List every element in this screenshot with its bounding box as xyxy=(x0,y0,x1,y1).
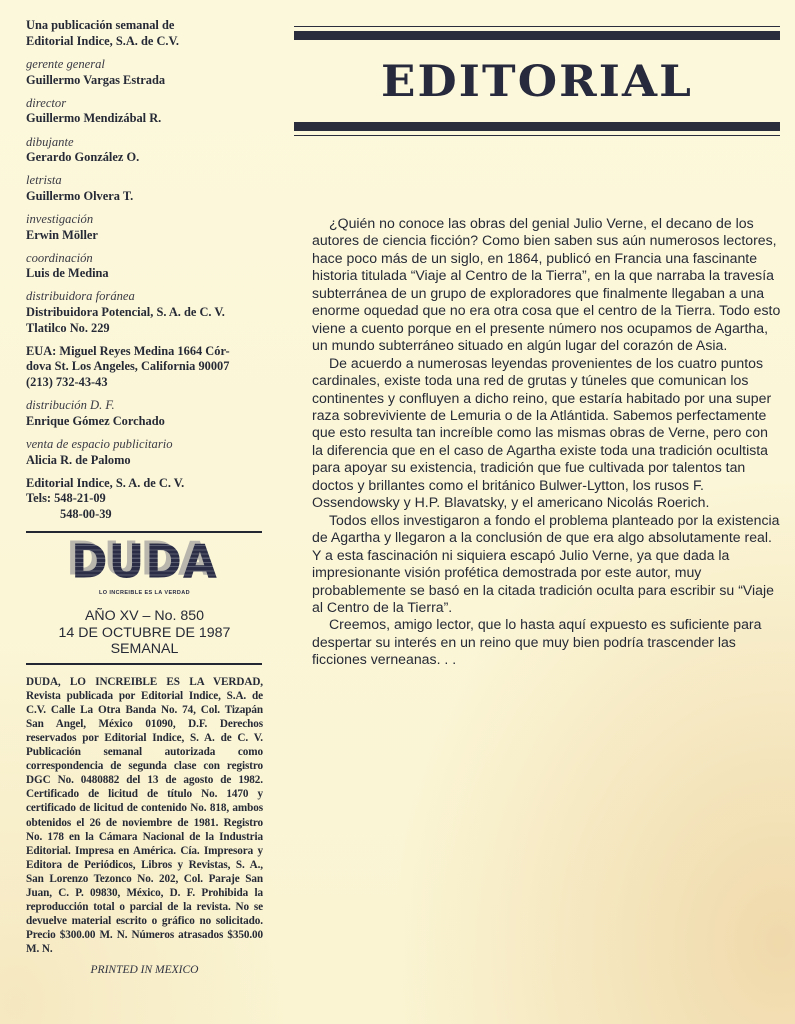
editorial-paragraph: Todos ellos investigaron a fondo el prob… xyxy=(312,512,782,617)
credit-role: venta de espacio publicitario xyxy=(26,437,263,453)
credit-role: dibujante xyxy=(26,135,263,151)
credit-research: investigación Erwin Möller xyxy=(26,212,263,243)
usa-contact: EUA: Miguel Reyes Medina 1664 Cór- dova … xyxy=(26,344,263,391)
credit-name: Enrique Gómez Corchado xyxy=(26,414,263,430)
credit-ad-sales: venta de espacio publicitario Alicia R. … xyxy=(26,437,263,468)
rule-thin-bottom xyxy=(294,135,780,136)
credit-address: Tlatilco No. 229 xyxy=(26,321,263,337)
rule-thick-bottom xyxy=(294,122,780,131)
rule-thick-top xyxy=(294,31,780,40)
intro-line: Editorial Indice, S.A. de C.V. xyxy=(26,34,263,50)
editorial-title: EDITORIAL xyxy=(282,52,792,112)
editorial-body: ¿Quién no conoce las obras del genial Ju… xyxy=(312,215,782,669)
credit-name: Guillermo Vargas Estrada xyxy=(26,73,263,89)
credit-name: Alicia R. de Palomo xyxy=(26,453,263,469)
legal-notice: DUDA, LO INCREIBLE ES LA VERDAD, Revista… xyxy=(26,675,263,957)
editorial-paragraph: Creemos, amigo lector, que lo hasta aquí… xyxy=(312,616,782,668)
credit-role: investigación xyxy=(26,212,263,228)
credit-name: Gerardo González O. xyxy=(26,150,263,166)
credit-foreign-distribution: distribuidora foránea Distribuidora Pote… xyxy=(26,289,263,336)
usa-contact-line: (213) 732-43-43 xyxy=(26,375,263,391)
masthead-column: Una publicación semanal de Editorial Ind… xyxy=(26,18,263,978)
logo-wordmark: DUDA xyxy=(71,542,218,584)
credit-illustrator: dibujante Gerardo González O. xyxy=(26,135,263,166)
credit-name: Luis de Medina xyxy=(26,266,263,282)
issue-date: 14 DE OCTUBRE DE 1987 xyxy=(26,625,263,642)
credit-name: Guillermo Mendizábal R. xyxy=(26,111,263,127)
credit-name: Guillermo Olvera T. xyxy=(26,189,263,205)
printed-in-mexico: PRINTED IN MEXICO xyxy=(26,963,263,979)
editorial-paragraph: ¿Quién no conoce las obras del genial Ju… xyxy=(312,215,782,355)
credit-role: director xyxy=(26,96,263,112)
publisher-contact: Editorial Indice, S. A. de C. V. Tels: 5… xyxy=(26,476,263,523)
usa-contact-line: dova St. Los Angeles, California 90007 xyxy=(26,359,263,375)
credit-name: Erwin Möller xyxy=(26,228,263,244)
usa-contact-line: EUA: Miguel Reyes Medina 1664 Cór- xyxy=(26,344,263,360)
phone-line: 548-00-39 xyxy=(26,507,263,523)
credit-role: distribuidora foránea xyxy=(26,289,263,305)
credit-role: distribución D. F. xyxy=(26,398,263,414)
issue-number: AÑO XV – No. 850 xyxy=(26,608,263,625)
credit-general-manager: gerente general Guillermo Vargas Estrada xyxy=(26,57,263,88)
credit-director: director Guillermo Mendizábal R. xyxy=(26,96,263,127)
credit-letterer: letrista Guillermo Olvera T. xyxy=(26,173,263,204)
editorial-header: EDITORIAL xyxy=(294,26,780,136)
issue-info: AÑO XV – No. 850 14 DE OCTUBRE DE 1987 S… xyxy=(26,608,263,658)
magazine-masthead: DUDA DUDA LO INCREIBLE ES LA VERDAD AÑO … xyxy=(26,533,263,663)
credit-name: Distribuidora Potencial, S. A. de C. V. xyxy=(26,305,263,321)
publication-intro: Una publicación semanal de Editorial Ind… xyxy=(26,18,263,49)
credit-coordination: coordinación Luis de Medina xyxy=(26,251,263,282)
credit-role: coordinación xyxy=(26,251,263,267)
credit-role: letrista xyxy=(26,173,263,189)
duda-logo: DUDA DUDA xyxy=(71,543,218,583)
intro-line: Una publicación semanal de xyxy=(26,18,263,34)
issue-frequency: SEMANAL xyxy=(26,641,263,658)
credit-role: gerente general xyxy=(26,57,263,73)
editorial-paragraph: De acuerdo a numerosas leyendas provenie… xyxy=(312,355,782,512)
publisher-name: Editorial Indice, S. A. de C. V. xyxy=(26,476,263,492)
divider xyxy=(26,663,262,665)
credit-df-distribution: distribución D. F. Enrique Gómez Corchad… xyxy=(26,398,263,429)
phone-line: Tels: 548-21-09 xyxy=(26,491,263,507)
